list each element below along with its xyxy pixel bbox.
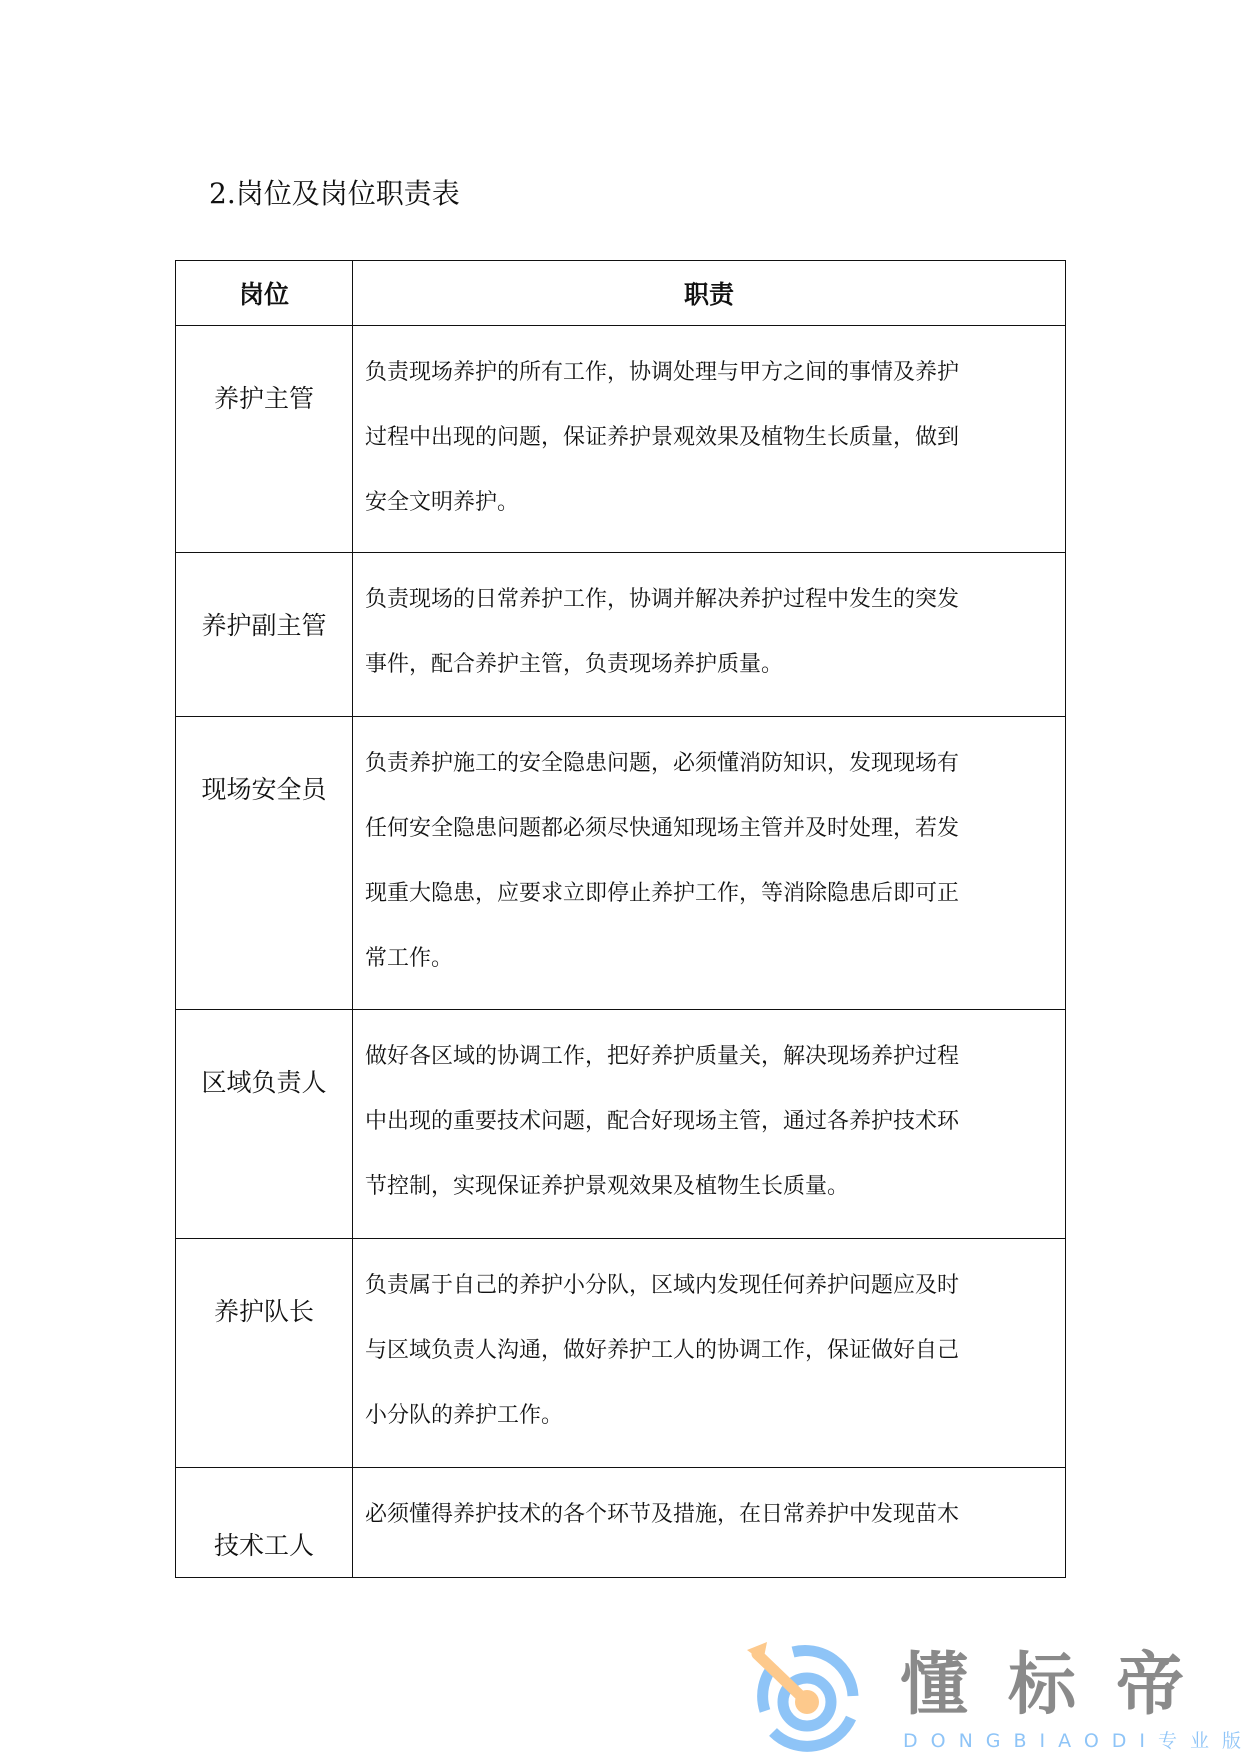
watermark-brand: 懂标帝	[900, 1650, 1224, 1722]
duty-line: 负责现场的日常养护工作，协调并解决养护过程中发生的突发	[365, 567, 1055, 632]
duty-line: 节控制，实现保证养护景观效果及植物生长质量。	[365, 1154, 1055, 1219]
target-arrow-icon	[745, 1636, 865, 1754]
position-cell: 养护副主管	[176, 553, 353, 717]
table-header-row: 岗位 职责	[176, 261, 1066, 326]
table-row: 养护主管 负责现场养护的所有工作，协调处理与甲方之间的事情及养护 过程中出现的问…	[176, 326, 1066, 553]
duty-line: 安全文明养护。	[365, 470, 1055, 535]
position-label: 技术工人	[176, 1530, 352, 1562]
position-label: 现场安全员	[176, 774, 352, 806]
header-duty: 职责	[353, 261, 1066, 326]
duty-table: 岗位 职责 养护主管 负责现场养护的所有工作，协调处理与甲方之间的事情及养护 过…	[175, 260, 1066, 1578]
duty-cell: 负责养护施工的安全隐患问题，必须懂消防知识，发现现场有 任何安全隐患问题都必须尽…	[353, 717, 1066, 1010]
duty-line: 过程中出现的问题，保证养护景观效果及植物生长质量，做到	[365, 405, 1055, 470]
duty-cell: 必须懂得养护技术的各个环节及措施，在日常养护中发现苗木	[353, 1468, 1066, 1578]
position-label: 养护主管	[176, 383, 352, 415]
table-row: 养护队长 负责属于自己的养护小分队，区域内发现任何养护问题应及时 与区域负责人沟…	[176, 1239, 1066, 1468]
duty-cell: 负责现场养护的所有工作，协调处理与甲方之间的事情及养护 过程中出现的问题，保证养…	[353, 326, 1066, 553]
duty-line: 负责现场养护的所有工作，协调处理与甲方之间的事情及养护	[365, 340, 1055, 405]
position-label: 养护副主管	[176, 610, 352, 642]
duty-line: 中出现的重要技术问题，配合好现场主管，通过各养护技术环	[365, 1089, 1055, 1154]
position-label: 区域负责人	[176, 1067, 352, 1099]
duty-cell: 负责属于自己的养护小分队，区域内发现任何养护问题应及时 与区域负责人沟通，做好养…	[353, 1239, 1066, 1468]
table-row: 技术工人 必须懂得养护技术的各个环节及措施，在日常养护中发现苗木	[176, 1468, 1066, 1578]
position-cell: 技术工人	[176, 1468, 353, 1578]
section-title: 2.岗位及岗位职责表	[209, 176, 460, 212]
duty-line: 负责养护施工的安全隐患问题，必须懂消防知识，发现现场有	[365, 731, 1055, 796]
watermark: 懂标帝 DONGBIAODI专业版	[745, 1636, 1225, 1754]
position-cell: 现场安全员	[176, 717, 353, 1010]
table-row: 区域负责人 做好各区域的协调工作，把好养护质量关，解决现场养护过程 中出现的重要…	[176, 1010, 1066, 1239]
duty-line: 任何安全隐患问题都必须尽快通知现场主管并及时处理，若发	[365, 796, 1055, 861]
duty-cell: 做好各区域的协调工作，把好养护质量关，解决现场养护过程 中出现的重要技术问题，配…	[353, 1010, 1066, 1239]
duty-line: 事件，配合养护主管，负责现场养护质量。	[365, 632, 1055, 697]
duty-line: 必须懂得养护技术的各个环节及措施，在日常养护中发现苗木	[365, 1482, 1055, 1547]
table-row: 养护副主管 负责现场的日常养护工作，协调并解决养护过程中发生的突发 事件，配合养…	[176, 553, 1066, 717]
duty-line: 常工作。	[365, 926, 1055, 991]
position-cell: 养护主管	[176, 326, 353, 553]
position-cell: 养护队长	[176, 1239, 353, 1468]
duty-cell: 负责现场的日常养护工作，协调并解决养护过程中发生的突发 事件，配合养护主管，负责…	[353, 553, 1066, 717]
header-position: 岗位	[176, 261, 353, 326]
duty-line: 与区域负责人沟通，做好养护工人的协调工作，保证做好自己	[365, 1318, 1055, 1383]
position-label: 养护队长	[176, 1296, 352, 1328]
duty-line: 现重大隐患，应要求立即停止养护工作，等消除隐患后即可正	[365, 861, 1055, 926]
position-cell: 区域负责人	[176, 1010, 353, 1239]
duty-line: 做好各区域的协调工作，把好养护质量关，解决现场养护过程	[365, 1024, 1055, 1089]
table-row: 现场安全员 负责养护施工的安全隐患问题，必须懂消防知识，发现现场有 任何安全隐患…	[176, 717, 1066, 1010]
duty-line: 小分队的养护工作。	[365, 1383, 1055, 1448]
watermark-subtitle: DONGBIAODI专业版	[903, 1730, 1241, 1752]
duty-line: 负责属于自己的养护小分队，区域内发现任何养护问题应及时	[365, 1253, 1055, 1318]
